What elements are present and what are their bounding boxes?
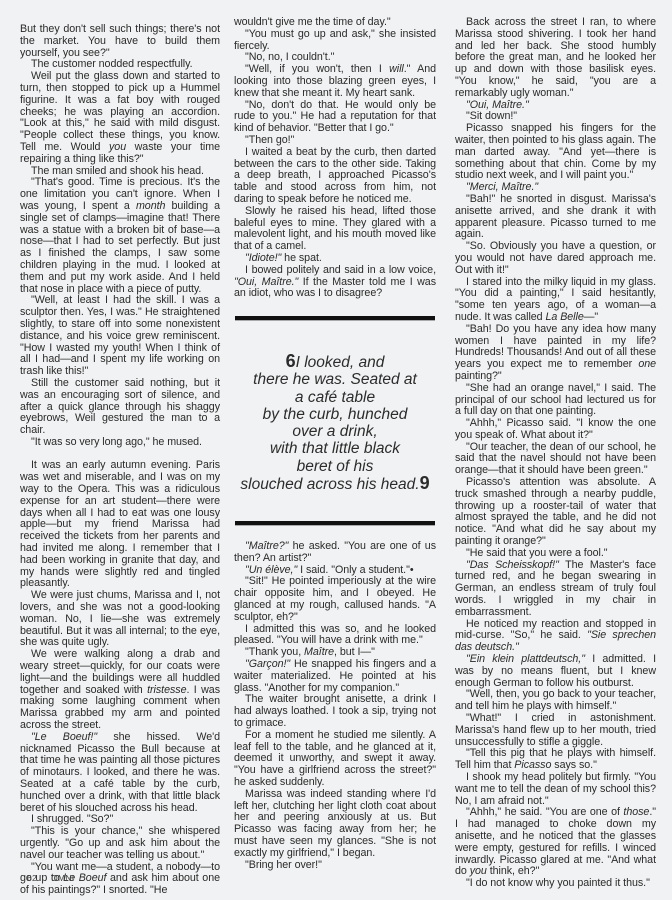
- paragraph: "Maître?" he asked. "You are one of us t…: [234, 541, 436, 565]
- paragraph: "Our teacher, the dean of our school, he…: [455, 442, 656, 477]
- pullquote-line: over a drink,: [292, 423, 377, 440]
- paragraph: "Garçon!" He snapped his fingers and a w…: [234, 659, 436, 694]
- paragraph: "Bring her over!": [234, 860, 436, 872]
- paragraph: I bowed politely and said in a low voice…: [234, 265, 436, 300]
- paragraph: "Ein klein plattdeutsch," I admitted. I …: [455, 654, 656, 689]
- paragraph: I stared into the milky liquid in my gla…: [455, 277, 656, 324]
- paragraph: "Tell this pig that he plays with himsel…: [455, 748, 656, 772]
- paragraph: "So. Obviously you have a question, or y…: [455, 241, 656, 276]
- pullquote-top-rule: [235, 316, 435, 320]
- paragraph: "No, don't do that. He would only be rud…: [234, 100, 436, 135]
- pullquote-bottom-rule: [235, 521, 435, 525]
- paragraph: "That's good. Time is precious. It's the…: [20, 177, 220, 295]
- pullquote-line: slouched across his head.: [240, 476, 419, 493]
- paragraph: "Then go!": [234, 135, 436, 147]
- article-column-1: But they don't sell such things; there's…: [20, 24, 220, 897]
- paragraph: Back across the street I ran, to where M…: [455, 17, 656, 100]
- paragraph: He noticed my reaction and stopped in mi…: [455, 619, 656, 654]
- paragraph: I waited a beat by the curb, then darted…: [234, 147, 436, 206]
- pullquote-line: a café table: [295, 389, 375, 406]
- paragraph: "Ahhh," Picasso said. "I know the one yo…: [455, 418, 656, 442]
- paragraph: "Well, then, you go back to your teacher…: [455, 689, 656, 713]
- paragraph: The waiter brought anisette, a drink I h…: [234, 694, 436, 729]
- paragraph: For a moment he studied me silently. A l…: [234, 730, 436, 789]
- section-break-paragraph: It was an early autumn evening. Paris wa…: [20, 460, 220, 590]
- paragraph: "Well, if you won't, then I will." And l…: [234, 64, 436, 99]
- paragraph: "Das Scheisskopf!" The Master's face tur…: [455, 560, 656, 619]
- paragraph: Marissa was indeed standing where I'd le…: [234, 789, 436, 860]
- paragraph: "She had an orange navel," I said. The p…: [455, 383, 656, 418]
- paragraph: "I do not know why you painted it thus.": [455, 878, 656, 890]
- pull-quote: 6I looked, and there he was. Seated at a…: [232, 353, 438, 493]
- paragraph: Weil put the glass down and started to t…: [20, 71, 220, 165]
- pullquote-line: I looked, and: [296, 354, 385, 371]
- paragraph: Still the customer said nothing, but it …: [20, 378, 220, 437]
- paragraph: But they don't sell such things; there's…: [20, 24, 220, 59]
- paragraph: "Le Boeuf!" she hissed. We'd nicknamed P…: [20, 732, 220, 815]
- paragraph: Slowly he raised his head, lifted those …: [234, 206, 436, 253]
- paragraph: I shook my head politely but firmly. "Yo…: [455, 772, 656, 807]
- paragraph: "Well, at least I had the skill. I was a…: [20, 295, 220, 378]
- paragraph: "You must go up and ask," she insisted f…: [234, 29, 436, 53]
- magazine-name: OMNI: [51, 873, 74, 883]
- paragraph: "Sit!" He pointed imperiously at the wir…: [234, 576, 436, 623]
- paragraph: "Ahhh," he said. "You are one of those."…: [455, 807, 656, 878]
- pullquote-line: with that little black: [270, 440, 400, 457]
- paragraph: Picasso snapped his fingers for the wait…: [455, 123, 656, 182]
- paragraph: We were walking along a drab and weary s…: [20, 649, 220, 732]
- pullquote-line: by the curb, hunched: [263, 406, 408, 423]
- article-column-2-top: wouldn't give me the time of day." "You …: [234, 17, 436, 300]
- paragraph: Picasso's attention was absolute. A truc…: [455, 477, 656, 548]
- open-quote-mark-icon: 6: [286, 351, 296, 371]
- pullquote-line: beret of his: [297, 458, 374, 475]
- article-column-2-bottom: "Maître?" he asked. "You are one of us t…: [234, 541, 436, 871]
- page-number: 62: [27, 873, 37, 883]
- pullquote-line: there he was. Seated at: [253, 371, 417, 388]
- paragraph: "Bah! Do you have any idea how many wome…: [455, 324, 656, 383]
- paragraph: "What!" I cried in astonishment. Marissa…: [455, 713, 656, 748]
- paragraph: I admitted this was so, and he looked pl…: [234, 624, 436, 648]
- article-column-3: Back across the street I ran, to where M…: [455, 17, 656, 890]
- paragraph: We were just chums, Marissa and I, not l…: [20, 590, 220, 649]
- paragraph: "This is your chance," she whispered urg…: [20, 826, 220, 861]
- paragraph: "It was so very long ago," he mused.: [20, 437, 220, 449]
- paragraph: "Bah!" he snorted in disgust. Marissa's …: [455, 194, 656, 241]
- page-folio: 62OMNI: [27, 873, 74, 883]
- close-quote-mark-icon: 9: [420, 473, 430, 493]
